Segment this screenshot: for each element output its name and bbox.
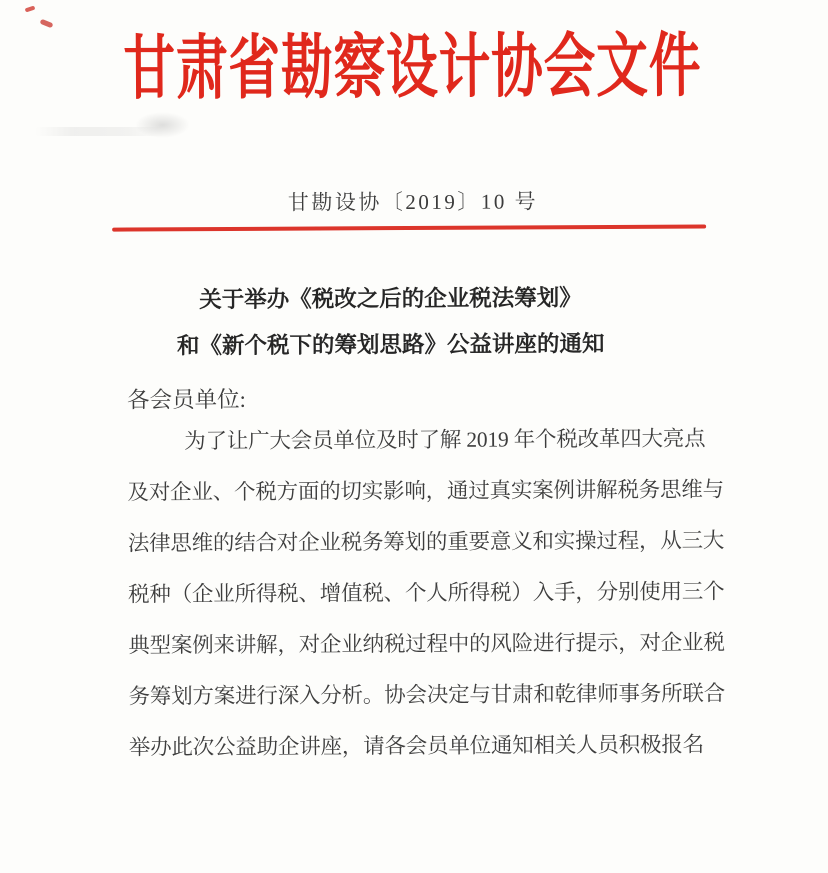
body-line: 税种（企业所得税、增值税、个人所得税）入手，分别使用三个	[128, 566, 728, 620]
body-line: 务筹划方案进行深入分析。协会决定与甘肃和乾律师事务所联合	[128, 668, 728, 722]
document-reference-number: 甘勘设协〔2019〕10 号	[0, 184, 827, 218]
scanned-document-page: 甘肃省勘察设计协会文件 甘勘设协〔2019〕10 号 关于举办《税改之后的企业税…	[0, 0, 828, 873]
body-line: 为了让广大会员单位及时了解 2019 年个税改革四大亮点	[127, 413, 727, 467]
body-line: 举办此次公益助企讲座，请各会员单位通知相关人员积极报名	[129, 719, 729, 773]
notice-title: 关于举办《税改之后的企业税法筹划》 和《新个税下的筹划思路》公益讲座的通知	[0, 274, 805, 370]
body-line: 典型案例来讲解，对企业纳税过程中的风险进行提示，对企业税	[128, 617, 728, 671]
salutation: 各会员单位:	[127, 382, 246, 415]
notice-title-line-2: 和《新个税下的筹划思路》公益讲座的通知	[0, 320, 805, 370]
body-line: 及对企业、个税方面的切实影响，通过真实案例讲解税务思维与	[127, 464, 727, 518]
notice-title-line-1: 关于举办《税改之后的企业税法筹划》	[0, 274, 805, 324]
letterhead-org-title: 甘肃省勘察设计协会文件	[106, 28, 719, 108]
body-line: 法律思维的结合对企业税务筹划的重要意义和实操过程，从三大	[128, 515, 728, 569]
body-paragraph: 为了让广大会员单位及时了解 2019 年个税改革四大亮点 及对企业、个税方面的切…	[127, 413, 729, 773]
document-content: 甘肃省勘察设计协会文件 甘勘设协〔2019〕10 号 关于举办《税改之后的企业税…	[0, 0, 828, 873]
red-divider-line	[112, 224, 706, 231]
